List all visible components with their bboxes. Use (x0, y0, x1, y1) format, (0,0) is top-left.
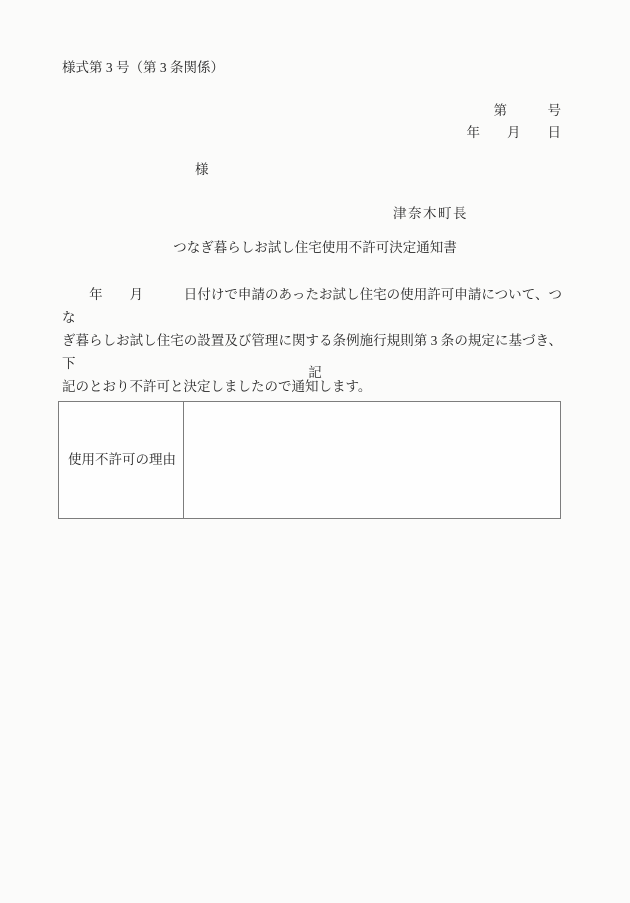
body-line-1: 年 月 日付けで申請のあったお試し住宅の使用許可申請について、つな (62, 283, 562, 329)
reason-label: 使用不許可の理由 (68, 450, 176, 470)
form-number: 様式第 3 号（第 3 条関係） (62, 58, 224, 78)
date-line: 年 月 日 (467, 122, 562, 144)
reason-label-cell: 使用不許可の理由 (59, 402, 184, 518)
doc-number-line: 第 号 (467, 100, 562, 122)
addressee-honorific: 様 (195, 160, 209, 180)
document-title: つなぎ暮らしお試し住宅使用不許可決定通知書 (0, 238, 630, 258)
sender-title: 津奈木町長 (393, 204, 468, 224)
document-page: 様式第 3 号（第 3 条関係） 第 号 年 月 日 様 津奈木町長 つなぎ暮ら… (0, 0, 630, 903)
reason-table: 使用不許可の理由 (58, 401, 561, 519)
reason-value-cell (184, 402, 560, 518)
section-marker: 記 (0, 363, 630, 383)
doc-number-date-block: 第 号 年 月 日 (467, 100, 562, 144)
